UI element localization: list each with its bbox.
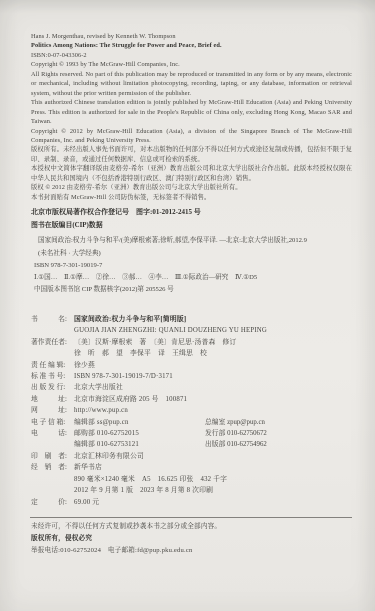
cip-isbn: ISBN 978-7-301-19019-7 — [31, 260, 352, 272]
authorized-edition-cn: 本授权中文简体字翻译版由麦格劳-希尔（亚洲）教育出版公司和北京大学出版社合作出版… — [31, 164, 352, 183]
copyright-2012-cn: 版权 © 2012 由麦格劳-希尔（亚洲）教育出版公司与北京大学出版社所有。 — [31, 183, 352, 192]
authorized-edition-en: This authorized Chinese translation edit… — [31, 98, 352, 126]
colophon-row-pinyin: GUOJIA JIAN ZHENGZHI: QUANLI DOUZHENG YU… — [31, 325, 352, 336]
rights-reserved-en: All Rights reserved. No part of this pub… — [31, 70, 352, 98]
book-copyright-page: Hans J. Morgenthau, revised by Kenneth W… — [0, 0, 375, 611]
colophon-row-printer: 印 刷 者:北京汇林印务有限公司 — [31, 451, 352, 462]
colophon-row-phone-2: 编辑部 010-62753121出版部 010-62754962 — [31, 439, 352, 450]
original-isbn: ISBN:0-07-043306-2 — [31, 51, 352, 60]
colophon-row-distributor: 经 销 者:新华书店 — [31, 462, 352, 473]
author-line: Hans J. Morgenthau, revised by Kenneth W… — [31, 32, 352, 41]
cip-series: (未名社科 · 大学经典) — [31, 248, 352, 260]
colophon-row-phone-1: 电 话:邮购部 010-62752015发行部 010-62750672 — [31, 428, 352, 439]
colophon-row-price: 定 价:69.00 元 — [31, 497, 352, 508]
colophon-table: 书 名:国家间政治:权力斗争与和平[简明版] GUOJIA JIAN ZHENG… — [31, 314, 352, 508]
cip-entry: 国家间政治:权力斗争与和平/(美)摩根索著;徐昕,郝望,李保平译. —北京:北京… — [31, 235, 352, 247]
colophon-row-address: 地 址:北京市海淀区成府路 205 号 100871 — [31, 394, 352, 405]
colophon-row-standard-isbn: 标 准 书 号:ISBN 978-7-301-19019-7/D·3171 — [31, 371, 352, 382]
no-copy-notice: 未经许可，不得以任何方式复制或抄袭本书之部分或全部内容。 — [31, 521, 352, 533]
footer-divider — [30, 517, 352, 518]
colophon-row-website: 网 址:http://www.pup.cn — [31, 405, 352, 416]
colophon-row-authors: 著作责任者:〔美〕汉斯·摩根索 著 〔美〕肯尼思·汤普森 修订 — [31, 337, 352, 348]
colophon-row-publisher: 出 版 发 行:北京大学出版社 — [31, 382, 352, 393]
cip-heading: 图书在版编目(CIP)数据 — [31, 220, 352, 232]
cip-classification: Ⅰ.①国… Ⅱ.①摩… ②徐… ③郝… ④李… Ⅲ.①际政治—研究 Ⅳ.①D5 — [31, 272, 352, 284]
copyright-2012-en: Copyright © 2012 by McGraw-Hill Educatio… — [31, 127, 352, 146]
colophon-row-translators: 徐 昕 郝 望 李保平 译 王缉思 校 — [31, 348, 352, 359]
anti-counterfeit-note: 本书封面贴有 McGraw-Hill 公司防伪标签，无标签者不得销售。 — [31, 193, 352, 202]
copyright-1993-line: Copyright © 1993 by The McGraw-Hill Comp… — [31, 60, 352, 69]
rights-reserved-cn: 版权所有。未经出版人事先书面许可，对本出版物的任何部分不得以任何方式或途径复制或… — [31, 145, 352, 164]
cip-data-block: 图书在版编目(CIP)数据 国家间政治:权力斗争与和平/(美)摩根索著;徐昕,郝… — [31, 220, 352, 297]
colophon-row-format-spec: 890 毫米×1240 毫米 A5 16.625 印张 432 千字 — [31, 474, 352, 485]
copyright-notices: Hans J. Morgenthau, revised by Kenneth W… — [31, 32, 352, 202]
colophon-row-book-title: 书 名:国家间政治:权力斗争与和平[简明版] — [31, 314, 352, 325]
all-rights-reserved-notice: 版权所有，侵权必究 — [31, 533, 352, 545]
english-book-title: Politics Among Nations: The Struggle for… — [31, 41, 352, 50]
report-contact-line: 举报电话:010-62752024 电子邮箱:fd@pup.pku.edu.cn — [31, 545, 352, 557]
copyright-registration-number: 北京市版权局著作权合作登记号 图字:01-2012-2415 号 — [31, 207, 352, 217]
colophon-row-edition-printing: 2012 年 9 月第 1 版 2023 年 8 月第 8 次印刷 — [31, 485, 352, 496]
colophon-row-editor: 责 任 编 辑:徐少燕 — [31, 360, 352, 371]
cip-record-number: 中国版本图书馆 CIP 数据核字(2012)第 205526 号 — [31, 284, 352, 296]
colophon-row-email: 电 子 信 箱:编辑部 ss@pup.cn总编室 zpup@pup.cn — [31, 417, 352, 428]
footer-notices: 未经许可，不得以任何方式复制或抄袭本书之部分或全部内容。 版权所有，侵权必究 举… — [31, 521, 352, 557]
